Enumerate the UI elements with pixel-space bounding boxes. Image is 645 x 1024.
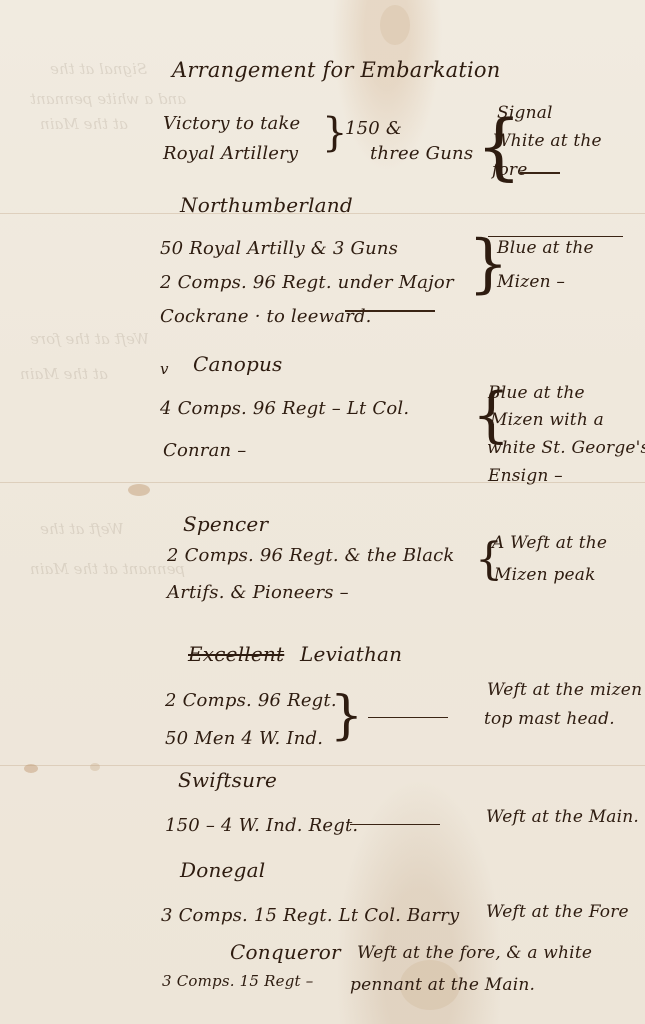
signal-line: top mast head.	[484, 709, 615, 729]
ship-name: Leviathan	[300, 642, 402, 666]
ship-name: Canopus	[193, 352, 283, 376]
entry-line: Conran –	[163, 440, 246, 461]
ink-stain	[90, 763, 100, 771]
signal-line: Blue at the	[488, 383, 585, 403]
entry-detail: three Guns	[370, 143, 473, 164]
signal-line: white St. George's	[487, 438, 645, 458]
entry-line: 2 Comps. 96 Regt. under Major	[160, 272, 454, 293]
entry-line: 4 Comps. 96 Regt – Lt Col.	[160, 398, 409, 419]
entry-detail: 150 &	[345, 118, 402, 139]
ship-name: Conqueror	[230, 940, 341, 964]
signal-line: Blue at the	[497, 238, 594, 258]
signal-line: Weft at the Fore	[486, 902, 629, 922]
signal-line: fore	[492, 160, 528, 180]
signal-line: Ensign –	[488, 466, 563, 486]
entry-line: Artifs. & Pioneers –	[167, 582, 349, 603]
entry-line: Victory to take	[163, 113, 300, 134]
entry-line: 2 Comps. 96 Regt.	[165, 690, 337, 711]
entry-line: 3 Comps. 15 Regt. Lt Col. Barry	[161, 905, 459, 926]
ship-name: Donegal	[180, 858, 265, 882]
struck-ship-name: Excellent	[188, 642, 284, 666]
ink-stain	[24, 764, 38, 773]
entry-line: 2 Comps. 96 Regt. & the Black	[167, 545, 455, 566]
signal-line: Weft at the fore, & a white	[357, 943, 592, 963]
brace-icon: }	[322, 113, 347, 153]
ink-stain	[380, 5, 410, 45]
page-title: Arrangement for Embarkation	[172, 58, 500, 82]
ship-name: Swiftsure	[178, 768, 277, 792]
signal-line: A Weft at the	[492, 533, 607, 553]
ink-stain	[128, 484, 150, 496]
signal-line: Mizen peak	[494, 565, 596, 585]
ship-name: Northumberland	[180, 193, 353, 217]
entry-line: Royal Artillery	[163, 143, 298, 164]
signal-line: Weft at the mizen	[487, 680, 642, 700]
entry-line: 50 Men 4 W. Ind.	[165, 728, 323, 749]
signal-line: Mizen –	[497, 272, 565, 292]
entry-line: 3 Comps. 15 Regt –	[162, 972, 313, 990]
signal-line: White at the	[493, 131, 602, 151]
entry-line: 150 – 4 W. Ind. Regt.	[165, 815, 358, 836]
entry-line: Cockrane · to leeward.	[160, 306, 372, 327]
brace-icon: }	[330, 690, 363, 742]
signal-line: Signal	[497, 103, 553, 123]
ship-name: Spencer	[183, 512, 268, 536]
signal-line: Mizen with a	[490, 410, 604, 430]
entry-line: 50 Royal Artilly & 3 Guns	[160, 238, 398, 259]
signal-line: Weft at the Main.	[486, 807, 639, 827]
signal-line: pennant at the Main.	[350, 975, 535, 995]
